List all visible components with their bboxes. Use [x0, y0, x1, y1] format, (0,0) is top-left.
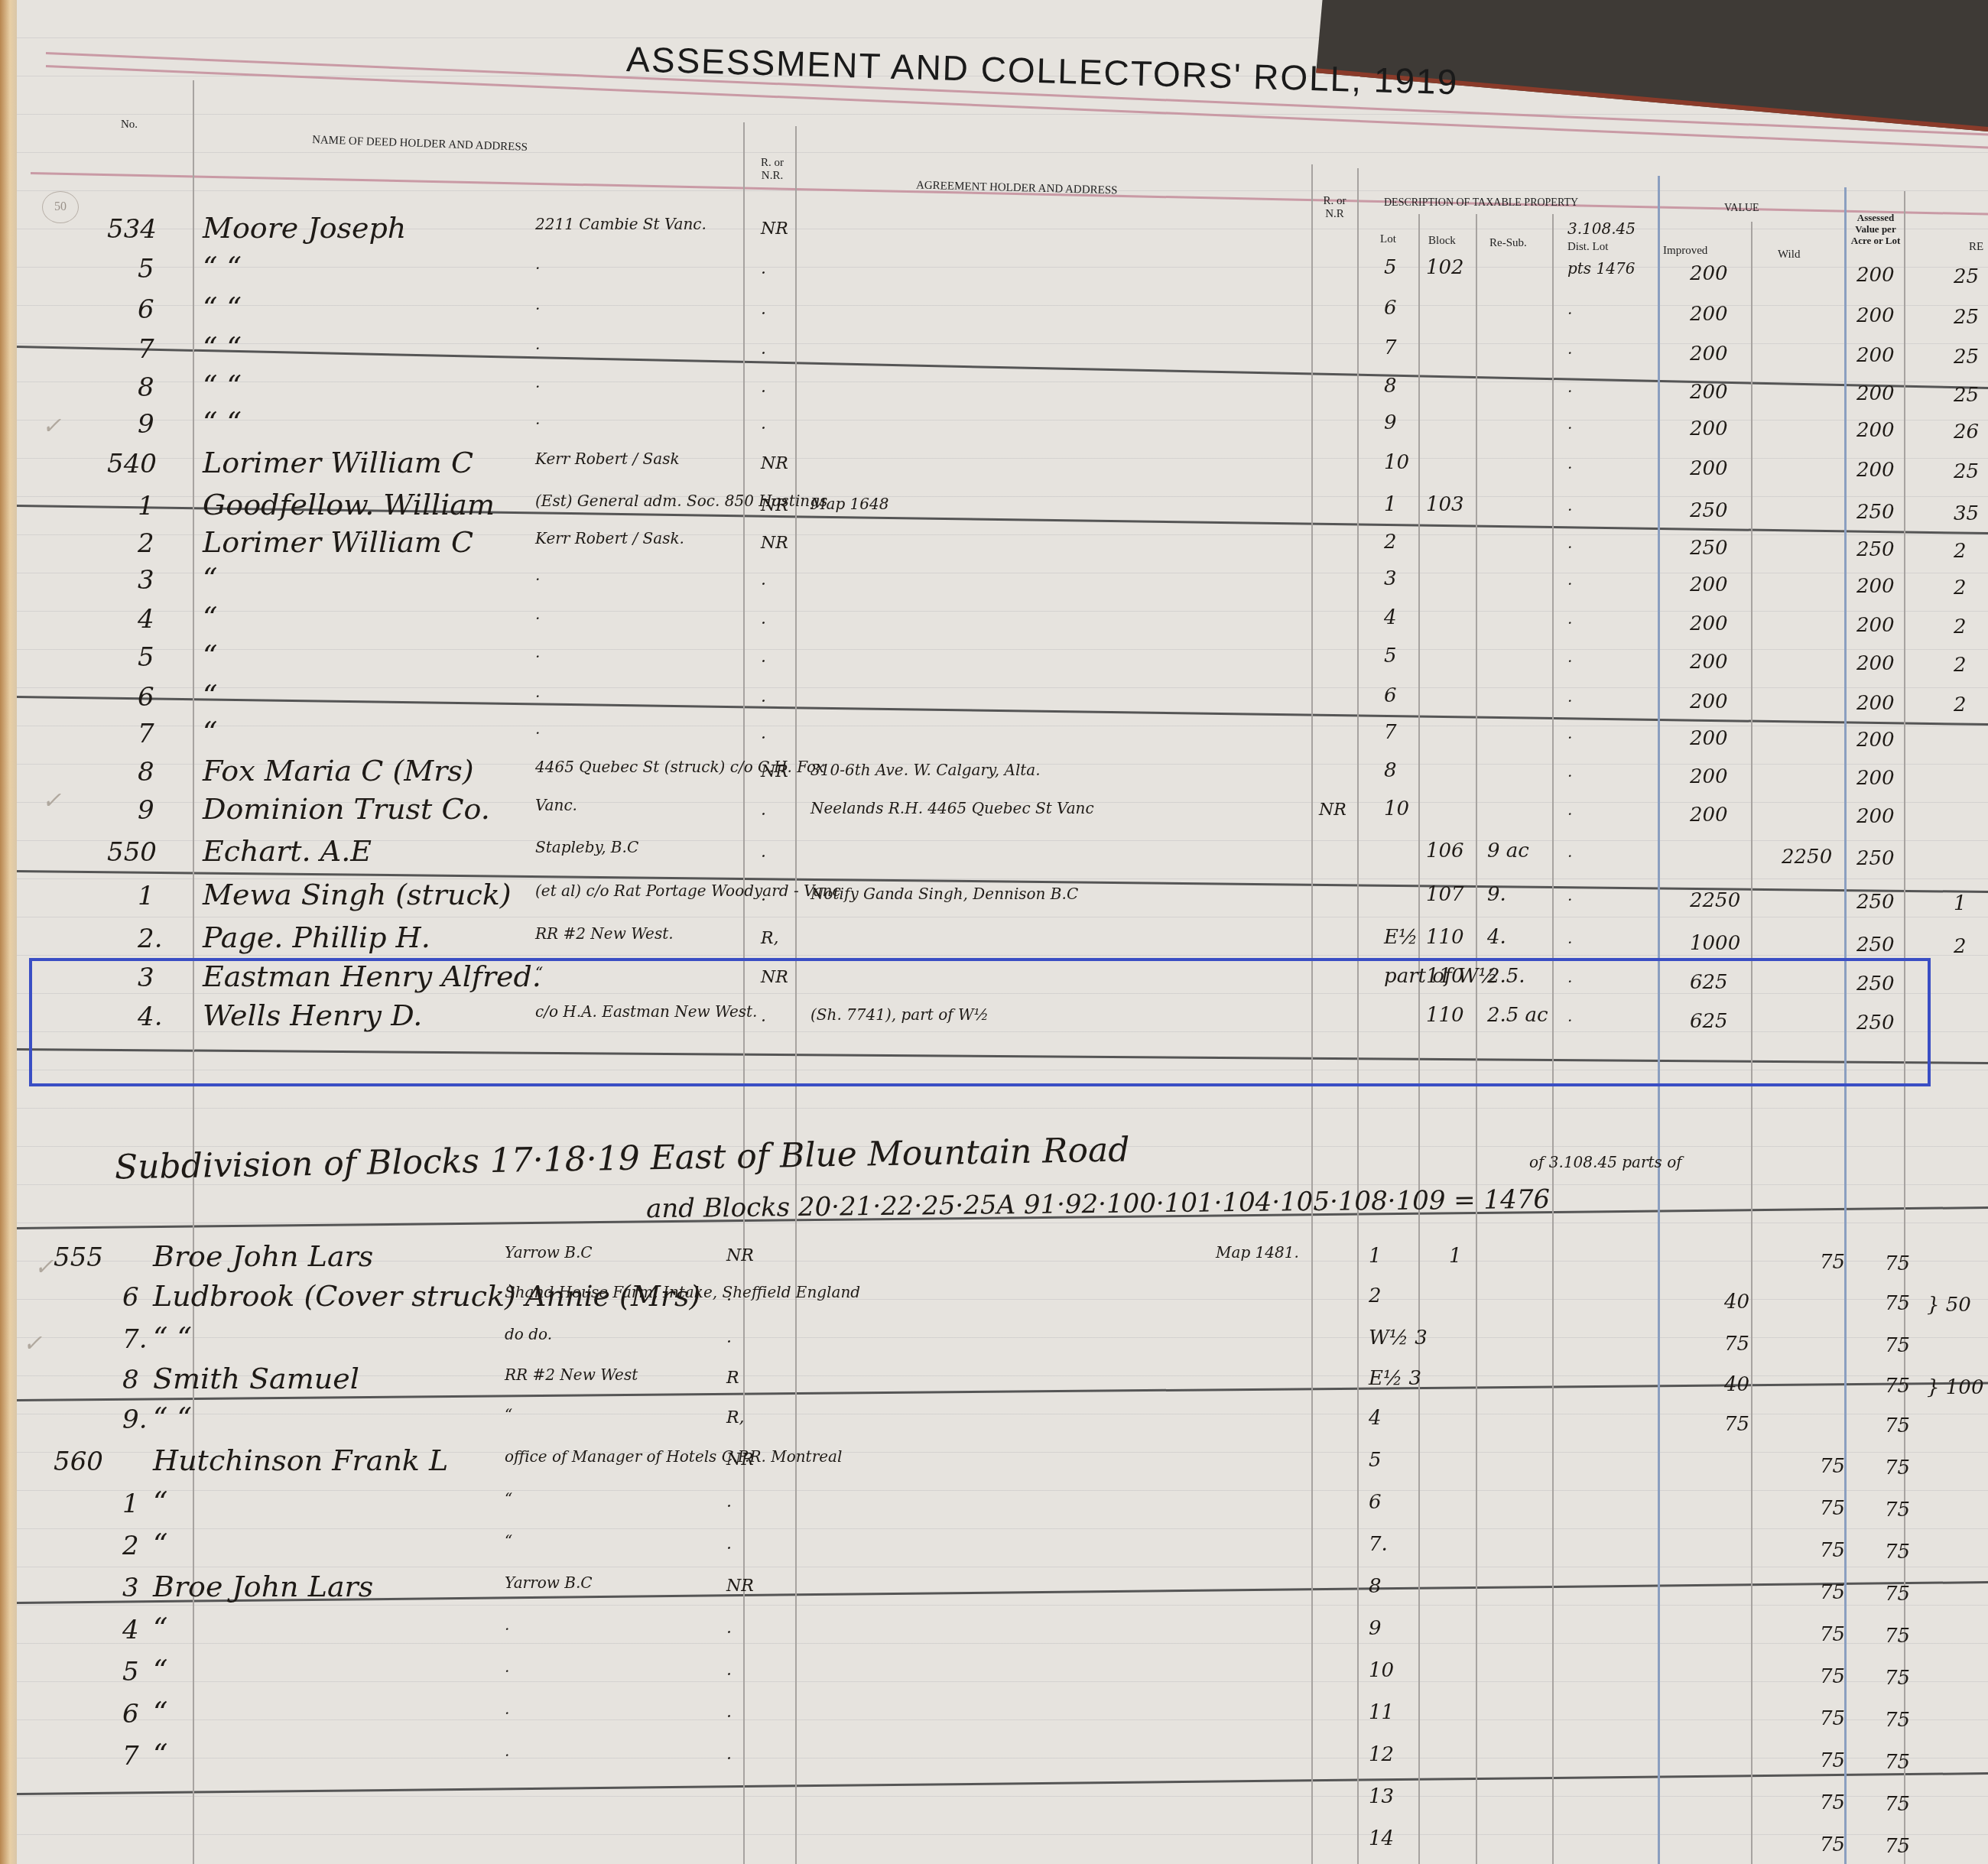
assessed-value: 75 — [1885, 1294, 1910, 1314]
re-value: 25 — [1954, 385, 1979, 405]
block-value: 103 — [1426, 495, 1464, 515]
resident-status: . — [726, 1536, 732, 1553]
assessed-value: 75 — [1885, 1458, 1910, 1478]
lot-value: 5 — [1384, 258, 1397, 278]
re-value: 2 — [1954, 578, 1967, 598]
row-number: 7 — [138, 721, 154, 747]
agreement-holder: (Sh. 7741), part of W½ — [810, 1007, 989, 1022]
improved-value: 200 — [1690, 264, 1728, 284]
lot-value: 11 — [1369, 1703, 1394, 1723]
wild-value: 75 — [1820, 1835, 1845, 1855]
improved-value: 625 — [1690, 1012, 1728, 1031]
header-rnr-2: R. or N.R — [1314, 195, 1356, 222]
resident-status: NR — [726, 1452, 754, 1469]
dist-lot-value: . — [1567, 764, 1572, 779]
wild-value: 75 — [1820, 1709, 1845, 1729]
improved-value: 40 — [1724, 1292, 1749, 1312]
header-block: Block — [1428, 235, 1456, 248]
deed-holder-name: “ — [153, 1740, 167, 1769]
agreement-holder: Map 1481. — [1216, 1245, 1299, 1260]
resident-status: . — [761, 379, 766, 396]
improved-value: 200 — [1690, 382, 1728, 402]
deed-holder-address: . — [505, 1701, 509, 1716]
deed-holder-address: Kerr Robert / Sask — [535, 451, 680, 466]
lot-value: 6 — [1369, 1492, 1382, 1512]
deed-holder-address: office of Manager of Hotels C.P.R. Montr… — [505, 1449, 842, 1464]
improved-value: 200 — [1690, 805, 1728, 825]
assessed-value: 200 — [1856, 460, 1895, 480]
lot-value: 6 — [1384, 298, 1397, 318]
lot-value: W½ 3 — [1369, 1328, 1428, 1348]
lot-value: 2 — [1384, 532, 1397, 552]
assessed-value: 200 — [1856, 384, 1895, 404]
deed-holder-name: “ — [203, 641, 217, 671]
block-value: 110 — [1426, 966, 1464, 986]
deed-holder-name: “ — [153, 1656, 167, 1685]
lot-value: 10 — [1369, 1661, 1394, 1681]
deed-holder-address: RR #2 New West — [505, 1367, 638, 1382]
lot-value: 7 — [1384, 723, 1397, 742]
lot-value: E½ — [1384, 927, 1418, 947]
resub-value: 2.5. — [1487, 966, 1525, 986]
assessed-value: 250 — [1856, 849, 1895, 869]
header-value: VALUE — [1724, 203, 1759, 215]
row-number: 540 — [107, 451, 157, 477]
dist-lot-value: . — [1567, 379, 1572, 395]
resident-status: . — [761, 611, 766, 628]
row-number: 550 — [107, 839, 157, 865]
row-number: 3 — [122, 1575, 139, 1601]
deed-holder-address: c/o H.A. Eastman New West. — [535, 1004, 757, 1019]
row-number: 555 — [54, 1245, 103, 1271]
lot-value: 1 — [1369, 1246, 1382, 1266]
assessed-value: 250 — [1856, 1013, 1895, 1033]
deed-holder-name: “ “ — [203, 294, 242, 323]
block-value: 102 — [1426, 258, 1464, 278]
dist-lot-value: . — [1567, 726, 1572, 741]
deed-holder-address: Kerr Robert / Sask. — [535, 531, 684, 546]
resident-status: NR — [761, 498, 788, 515]
improved-value: 200 — [1690, 652, 1728, 672]
improved-value: 625 — [1690, 973, 1728, 992]
dist-lot-value: . — [1567, 649, 1572, 664]
deed-holder-address: . — [505, 1617, 509, 1632]
lot-value: 12 — [1369, 1745, 1394, 1765]
improved-value: 2250 — [1690, 891, 1740, 911]
re-value: 35 — [1954, 504, 1979, 524]
resident-status: R, — [726, 1410, 745, 1427]
improved-value: 200 — [1690, 729, 1728, 749]
deed-holder-address: . — [535, 411, 540, 427]
dist-lot-value: . — [1567, 930, 1572, 946]
deed-holder-address: Yarrow B.C — [505, 1575, 593, 1590]
assessed-value: 75 — [1885, 1710, 1910, 1730]
deed-holder-address: Shand House Farm, Intake, Sheffield Engl… — [505, 1284, 860, 1300]
dist-lot-value: . — [1567, 844, 1572, 859]
assessed-value: 200 — [1856, 730, 1895, 750]
deed-holder-address: RR #2 New West. — [535, 926, 674, 941]
row-number: 7. — [122, 1327, 147, 1353]
improved-value: 200 — [1690, 304, 1728, 324]
row-number: 6 — [122, 1701, 139, 1727]
re-value: 2 — [1954, 695, 1967, 715]
agreement-holder: 310-6th Ave. W. Calgary, Alta. — [810, 762, 1041, 778]
assessed-value: 75 — [1885, 1542, 1910, 1562]
assessed-value: 75 — [1885, 1500, 1910, 1520]
book-spine-edge — [0, 0, 17, 1864]
assessed-value: 75 — [1885, 1376, 1910, 1396]
deed-holder-name: Mewa Singh (struck) — [203, 880, 512, 909]
row-number: 1 — [138, 493, 154, 519]
deed-holder-name: Broe John Lars — [153, 1242, 373, 1271]
wild-value: 75 — [1820, 1793, 1845, 1813]
header-re: RE — [1969, 241, 1983, 254]
assessed-value: 75 — [1885, 1836, 1910, 1856]
wild-value: 75 — [1820, 1499, 1845, 1518]
resub-value: 4. — [1487, 927, 1506, 947]
deed-holder-name: “ — [203, 681, 217, 710]
lot-value: 8 — [1384, 761, 1397, 781]
improved-value: 250 — [1690, 538, 1728, 558]
assessed-value: 75 — [1885, 1794, 1910, 1814]
resident-status-2: NR — [1319, 802, 1346, 819]
col-line-value — [1658, 176, 1660, 1864]
block-value: 106 — [1426, 841, 1464, 861]
resident-status: NR — [726, 1248, 754, 1265]
block-value: 110 — [1426, 1005, 1464, 1025]
wild-value: 2250 — [1782, 847, 1832, 867]
lot-value: E½ 3 — [1369, 1369, 1421, 1388]
deed-holder-name: Moore Joseph — [203, 213, 406, 242]
deed-holder-address: Yarrow B.C — [505, 1245, 593, 1260]
deed-holder-address: . — [535, 606, 540, 622]
row-number: 534 — [107, 216, 157, 242]
dist-lot-value: . — [1567, 969, 1572, 985]
resident-status: NR — [761, 535, 788, 552]
resident-status: . — [761, 649, 766, 666]
col-line-dist — [1552, 214, 1554, 1864]
resub-value: 2.5 ac — [1487, 1005, 1548, 1025]
deed-holder-address: (et al) c/o Rat Portage Woodyard - Vanc — [535, 883, 841, 898]
col-line-assessed — [1844, 187, 1847, 1864]
dist-lot-value: . — [1567, 689, 1572, 704]
col-line-re — [1904, 191, 1905, 1864]
wild-value: 75 — [1820, 1456, 1845, 1476]
deed-holder-address: . — [535, 721, 540, 736]
assessed-value: 250 — [1856, 892, 1895, 912]
block-value: 110 — [1426, 927, 1464, 947]
agreement-holder: Neelands R.H. 4465 Quebec St Vanc — [810, 800, 1094, 816]
lot-value: 6 — [1384, 686, 1397, 706]
dist-lot-value: . — [1567, 1008, 1572, 1024]
re-value: 2 — [1954, 541, 1967, 561]
row-number: 4 — [122, 1617, 139, 1643]
row-number: 5 — [138, 645, 154, 671]
deed-holder-name: Echart. A.E — [203, 836, 372, 865]
re-value: 1 — [1954, 894, 1967, 914]
deed-holder-address: Vanc. — [535, 797, 577, 813]
col-line-block — [1418, 214, 1420, 1864]
deed-holder-name: Fox Maria C (Mrs) — [203, 756, 474, 785]
deed-holder-address: Stapleby, B.C — [535, 839, 638, 855]
row-number: 5 — [122, 1659, 139, 1685]
assessed-value: 75 — [1885, 1626, 1910, 1646]
agreement-holder: Notify Ganda Singh, Dennison B.C — [810, 886, 1078, 901]
lot-value: 10 — [1384, 799, 1409, 819]
deed-holder-name: “ — [153, 1530, 167, 1559]
row-number: 2 — [138, 531, 154, 557]
margin-check-mark: ✓ — [23, 1330, 42, 1357]
re-value: } 50 — [1927, 1295, 1971, 1315]
col-line-rnr1-right — [795, 126, 797, 1864]
row-number: 9. — [122, 1407, 147, 1433]
assessed-value: 200 — [1856, 615, 1895, 635]
lot-value: 9 — [1384, 413, 1397, 433]
resident-status: R — [726, 1370, 739, 1387]
assessed-value: 75 — [1885, 1254, 1910, 1274]
wild-value: 75 — [1820, 1667, 1845, 1687]
re-value: 2 — [1954, 937, 1967, 956]
improved-value: 200 — [1690, 614, 1728, 634]
header-wild: Wild — [1778, 248, 1800, 261]
lot-value: 5 — [1384, 646, 1397, 666]
dist-lot-value: . — [1567, 535, 1572, 550]
row-number: 8 — [122, 1367, 139, 1393]
margin-check-mark: ✓ — [42, 413, 61, 440]
row-number: 2. — [138, 926, 162, 952]
deed-holder-name: Broe John Lars — [153, 1572, 373, 1601]
deed-holder-address: . — [535, 336, 540, 352]
re-value: 2 — [1954, 655, 1967, 675]
re-value: 25 — [1954, 267, 1979, 287]
margin-check-mark: ✓ — [34, 1254, 54, 1281]
dist-lot-value: 3.108.45 — [1567, 221, 1636, 236]
deed-holder-name: “ — [153, 1488, 167, 1517]
resident-status: . — [726, 1330, 732, 1346]
lot-value: 7. — [1369, 1534, 1388, 1554]
resident-status: . — [761, 572, 766, 589]
assessed-value: 250 — [1856, 502, 1895, 522]
row-number: 8 — [138, 375, 154, 401]
header-no: No. — [121, 119, 138, 132]
resident-status: . — [761, 261, 766, 278]
lot-value: 2 — [1369, 1286, 1382, 1306]
lot-value: 8 — [1369, 1577, 1382, 1596]
row-number: 1 — [122, 1491, 139, 1517]
lot-value: 14 — [1369, 1829, 1394, 1849]
dist-lot-value: . — [1567, 572, 1572, 587]
resident-status: R, — [761, 930, 779, 947]
deed-holder-address: . — [535, 256, 540, 271]
improved-value: 250 — [1690, 501, 1728, 521]
lot-value: 3 — [1384, 569, 1397, 589]
lot-value: 7 — [1384, 338, 1397, 358]
row-number: 560 — [54, 1449, 103, 1475]
improved-value: 200 — [1690, 344, 1728, 364]
resident-status: NR — [726, 1578, 754, 1595]
assessed-value: 200 — [1856, 768, 1895, 788]
deed-holder-name: “ “ — [203, 408, 242, 437]
resident-status: NR — [761, 764, 788, 781]
assessed-value: 200 — [1856, 807, 1895, 826]
resident-status: . — [726, 1494, 732, 1511]
deed-holder-address: . — [505, 1659, 509, 1674]
assessed-value: 200 — [1856, 693, 1895, 713]
assessed-value: 200 — [1856, 654, 1895, 674]
improved-value: 200 — [1690, 767, 1728, 787]
re-value: 25 — [1954, 347, 1979, 367]
deed-holder-name: Goodfellow. William — [203, 490, 495, 519]
lot-value: 9 — [1369, 1619, 1382, 1638]
resub-value: 9 ac — [1487, 841, 1529, 861]
improved-value: 200 — [1690, 692, 1728, 712]
dist-lot-value: . — [1567, 301, 1572, 317]
deed-holder-name: “ “ — [203, 372, 242, 401]
deed-holder-name: “ “ — [203, 333, 242, 362]
resident-status: . — [726, 1746, 732, 1763]
dist-lot-value: . — [1567, 456, 1572, 471]
margin-check-mark: ✓ — [42, 787, 61, 814]
lot-value: 4 — [1384, 608, 1397, 628]
resident-status: NR — [761, 456, 788, 472]
row-number: 9 — [138, 411, 154, 437]
deed-holder-name: “ — [203, 718, 217, 747]
resident-status: . — [761, 416, 766, 433]
row-number: 3 — [138, 567, 154, 593]
lot-value: 5 — [1369, 1450, 1382, 1470]
deed-holder-name: Eastman Henry Alfred. — [203, 962, 541, 991]
agreement-holder: Map 1648 — [810, 496, 888, 511]
row-number: 2 — [122, 1533, 139, 1559]
assessed-value: 75 — [1885, 1584, 1910, 1604]
assessed-value: 250 — [1856, 540, 1895, 560]
lot-value: 4 — [1369, 1408, 1382, 1428]
assessed-value: 250 — [1856, 935, 1895, 955]
col-line-wild — [1751, 222, 1752, 1864]
wild-value: 75 — [1820, 1625, 1845, 1645]
deed-holder-name: “ — [203, 564, 217, 593]
wild-value: 75 — [1820, 1252, 1845, 1272]
wild-value: 75 — [1820, 1751, 1845, 1771]
dist-lot-value: . — [1567, 802, 1572, 817]
deed-holder-address: . — [535, 567, 540, 583]
resident-status: . — [726, 1288, 732, 1304]
resident-status: . — [761, 726, 766, 742]
deed-holder-name: Smith Samuel — [153, 1364, 359, 1393]
resident-status: . — [761, 341, 766, 358]
deed-holder-address: . — [535, 645, 540, 660]
header-assessed: Assessed Value per Acre or Lot — [1849, 213, 1902, 247]
dist-lot-value: . — [1567, 611, 1572, 626]
row-number: 5 — [138, 256, 154, 282]
deed-holder-name: “ “ — [203, 253, 242, 282]
deed-holder-address: “ — [505, 1533, 512, 1548]
assessed-value: 75 — [1885, 1668, 1910, 1688]
row-number: 6 — [122, 1284, 139, 1310]
dist-lot-value: . — [1567, 416, 1572, 431]
deed-holder-address: . — [535, 375, 540, 390]
col-line-rnr2-right — [1357, 168, 1359, 1864]
assessed-value: 200 — [1856, 346, 1895, 365]
header-description: DESCRIPTION OF TAXABLE PROPERTY — [1384, 197, 1578, 209]
deed-holder-address: do do. — [505, 1327, 552, 1342]
resub-value: 9. — [1487, 885, 1506, 904]
deed-holder-address: “ — [535, 965, 543, 980]
improved-value: 200 — [1690, 575, 1728, 595]
header-dist-lot: Dist. Lot — [1567, 241, 1608, 254]
lot-value: 1 — [1384, 495, 1397, 515]
subdivision-dist-ref: of 3.108.45 parts of — [1529, 1154, 1682, 1170]
block-value: 1 — [1449, 1246, 1462, 1266]
deed-holder-name: Hutchinson Frank L — [153, 1446, 448, 1475]
resident-status: . — [726, 1662, 732, 1679]
header-resub: Re-Sub. — [1489, 237, 1527, 250]
resident-status: . — [761, 301, 766, 318]
row-number: 7 — [138, 336, 154, 362]
row-number: 7 — [122, 1743, 139, 1769]
resident-status: . — [726, 1620, 732, 1637]
resident-status: . — [761, 689, 766, 706]
dist-lot-value: . — [1567, 888, 1572, 903]
row-number: 4 — [138, 606, 154, 632]
re-value: 25 — [1954, 307, 1979, 327]
resident-status: . — [761, 802, 766, 819]
re-value: } 100 — [1927, 1378, 1983, 1398]
deed-holder-address: 2211 Cambie St Vanc. — [535, 216, 707, 232]
assessed-value: 75 — [1885, 1752, 1910, 1772]
row-number: 3 — [138, 965, 154, 991]
improved-value: 75 — [1724, 1334, 1749, 1354]
re-value: 25 — [1954, 462, 1979, 482]
resident-status: NR — [761, 969, 788, 986]
improved-value: 200 — [1690, 419, 1728, 439]
deed-holder-address: . — [535, 684, 540, 700]
resident-status: NR — [761, 221, 788, 238]
dist-lot-value: . — [1567, 341, 1572, 356]
re-value: 26 — [1954, 422, 1979, 442]
lot-value: 13 — [1369, 1787, 1394, 1807]
lot-value: 10 — [1384, 453, 1409, 472]
assessed-value: 200 — [1856, 421, 1895, 440]
col-line-resub — [1476, 214, 1477, 1864]
col-line-rnr1-left — [743, 122, 745, 1864]
assessed-value: 75 — [1885, 1416, 1910, 1436]
wild-value: 75 — [1820, 1541, 1845, 1560]
assessed-value: 250 — [1856, 974, 1895, 994]
header-lot: Lot — [1380, 233, 1396, 246]
deed-holder-address: . — [505, 1743, 509, 1758]
improved-value: 40 — [1724, 1375, 1749, 1395]
lot-value: 8 — [1384, 376, 1397, 396]
resident-status: . — [761, 888, 766, 904]
row-number: 6 — [138, 297, 154, 323]
deed-holder-address: . — [535, 297, 540, 312]
row-number: 6 — [138, 684, 154, 710]
dist-lot-value: pts 1476 — [1567, 261, 1635, 276]
improved-value: 1000 — [1690, 934, 1740, 953]
col-line-rnr2-left — [1311, 164, 1313, 1864]
assessed-value: 200 — [1856, 265, 1895, 285]
deed-holder-name: Dominion Trust Co. — [203, 794, 490, 823]
margin-circle-note: 50 — [42, 191, 79, 223]
deed-holder-name: Page. Phillip H. — [203, 923, 430, 952]
improved-value: 200 — [1690, 459, 1728, 479]
dist-lot-value: . — [1567, 498, 1572, 513]
row-number: 4. — [138, 1004, 162, 1030]
deed-holder-name: “ “ — [153, 1323, 192, 1353]
header-improved: Improved — [1663, 245, 1707, 258]
deed-holder-name: Lorimer William C — [203, 528, 473, 557]
